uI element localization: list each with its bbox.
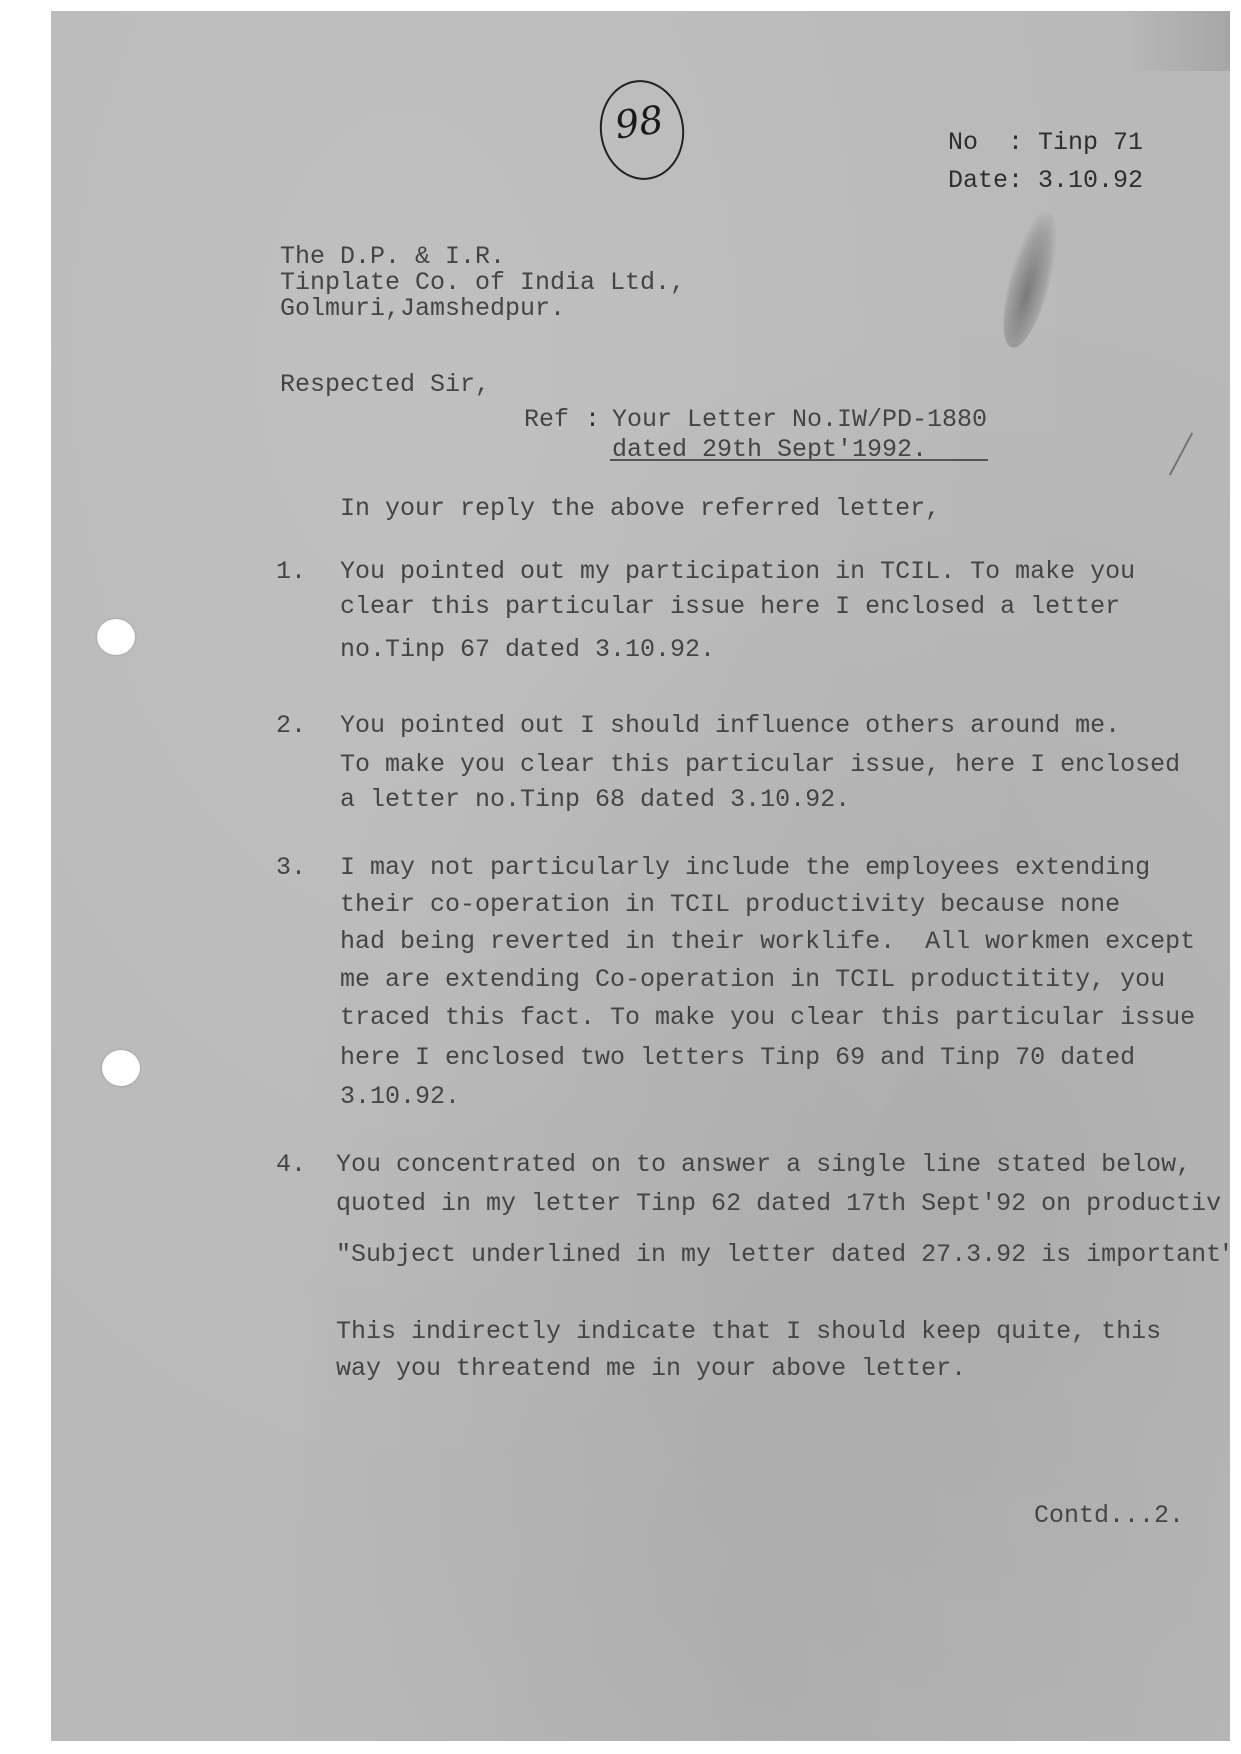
item-number: 1. bbox=[276, 559, 306, 584]
item-line: traced this fact. To make you clear this… bbox=[340, 1005, 1195, 1030]
item-line: had being reverted in their worklife. Al… bbox=[340, 929, 1195, 954]
item-line: "Subject underlined in my letter dated 2… bbox=[336, 1242, 1228, 1267]
item-number: 2. bbox=[276, 713, 306, 738]
punch-hole bbox=[102, 1050, 140, 1086]
closing-line: way you threatend me in your above lette… bbox=[336, 1356, 966, 1381]
item-number: 4. bbox=[276, 1152, 306, 1177]
salutation: Respected Sir, bbox=[280, 372, 490, 397]
ref-separator: : bbox=[585, 407, 600, 432]
item-number: 3. bbox=[276, 855, 306, 880]
item-line: I may not particularly include the emplo… bbox=[340, 855, 1150, 880]
item-line: You pointed out I should influence other… bbox=[340, 713, 1120, 738]
closing-line: This indirectly indicate that I should k… bbox=[336, 1319, 1161, 1344]
item-line: their co-operation in TCIL productivity … bbox=[340, 892, 1120, 917]
intro-text: In your reply the above referred letter, bbox=[340, 496, 940, 521]
addressee-line: The D.P. & I.R. bbox=[280, 244, 505, 269]
item-line: To make you clear this particular issue,… bbox=[340, 752, 1180, 777]
item-line: clear this particular issue here I enclo… bbox=[340, 594, 1120, 619]
reference-number-separator: : bbox=[1008, 130, 1023, 155]
date-value: 3.10.92 bbox=[1038, 168, 1143, 193]
page-number-text: 98 bbox=[612, 97, 666, 147]
item-line: me are extending Co-operation in TCIL pr… bbox=[340, 967, 1165, 992]
item-line: 3.10.92. bbox=[340, 1084, 460, 1109]
reference-number-label: No bbox=[948, 130, 978, 155]
item-line: You pointed out my participation in TCIL… bbox=[340, 559, 1135, 584]
item-line: quoted in my letter Tinp 62 dated 17th S… bbox=[336, 1191, 1221, 1216]
punch-hole bbox=[97, 619, 135, 655]
date-label: Date: bbox=[948, 168, 1023, 193]
reference-number-value: Tinp 71 bbox=[1038, 130, 1143, 155]
ref-underline bbox=[610, 459, 988, 461]
item-line: a letter no.Tinp 68 dated 3.10.92. bbox=[340, 787, 850, 812]
addressee-line: Tinplate Co. of India Ltd., bbox=[280, 270, 685, 295]
ref-line: Your Letter No.IW/PD-1880 bbox=[612, 407, 987, 432]
ref-label: Ref bbox=[524, 407, 569, 432]
item-line: here I enclosed two letters Tinp 69 and … bbox=[340, 1045, 1135, 1070]
item-line: no.Tinp 67 dated 3.10.92. bbox=[340, 637, 715, 662]
continued-marker: Contd...2. bbox=[1034, 1503, 1184, 1528]
addressee-line: Golmuri,Jamshedpur. bbox=[280, 296, 565, 321]
item-line: You concentrated on to answer a single l… bbox=[336, 1152, 1191, 1177]
